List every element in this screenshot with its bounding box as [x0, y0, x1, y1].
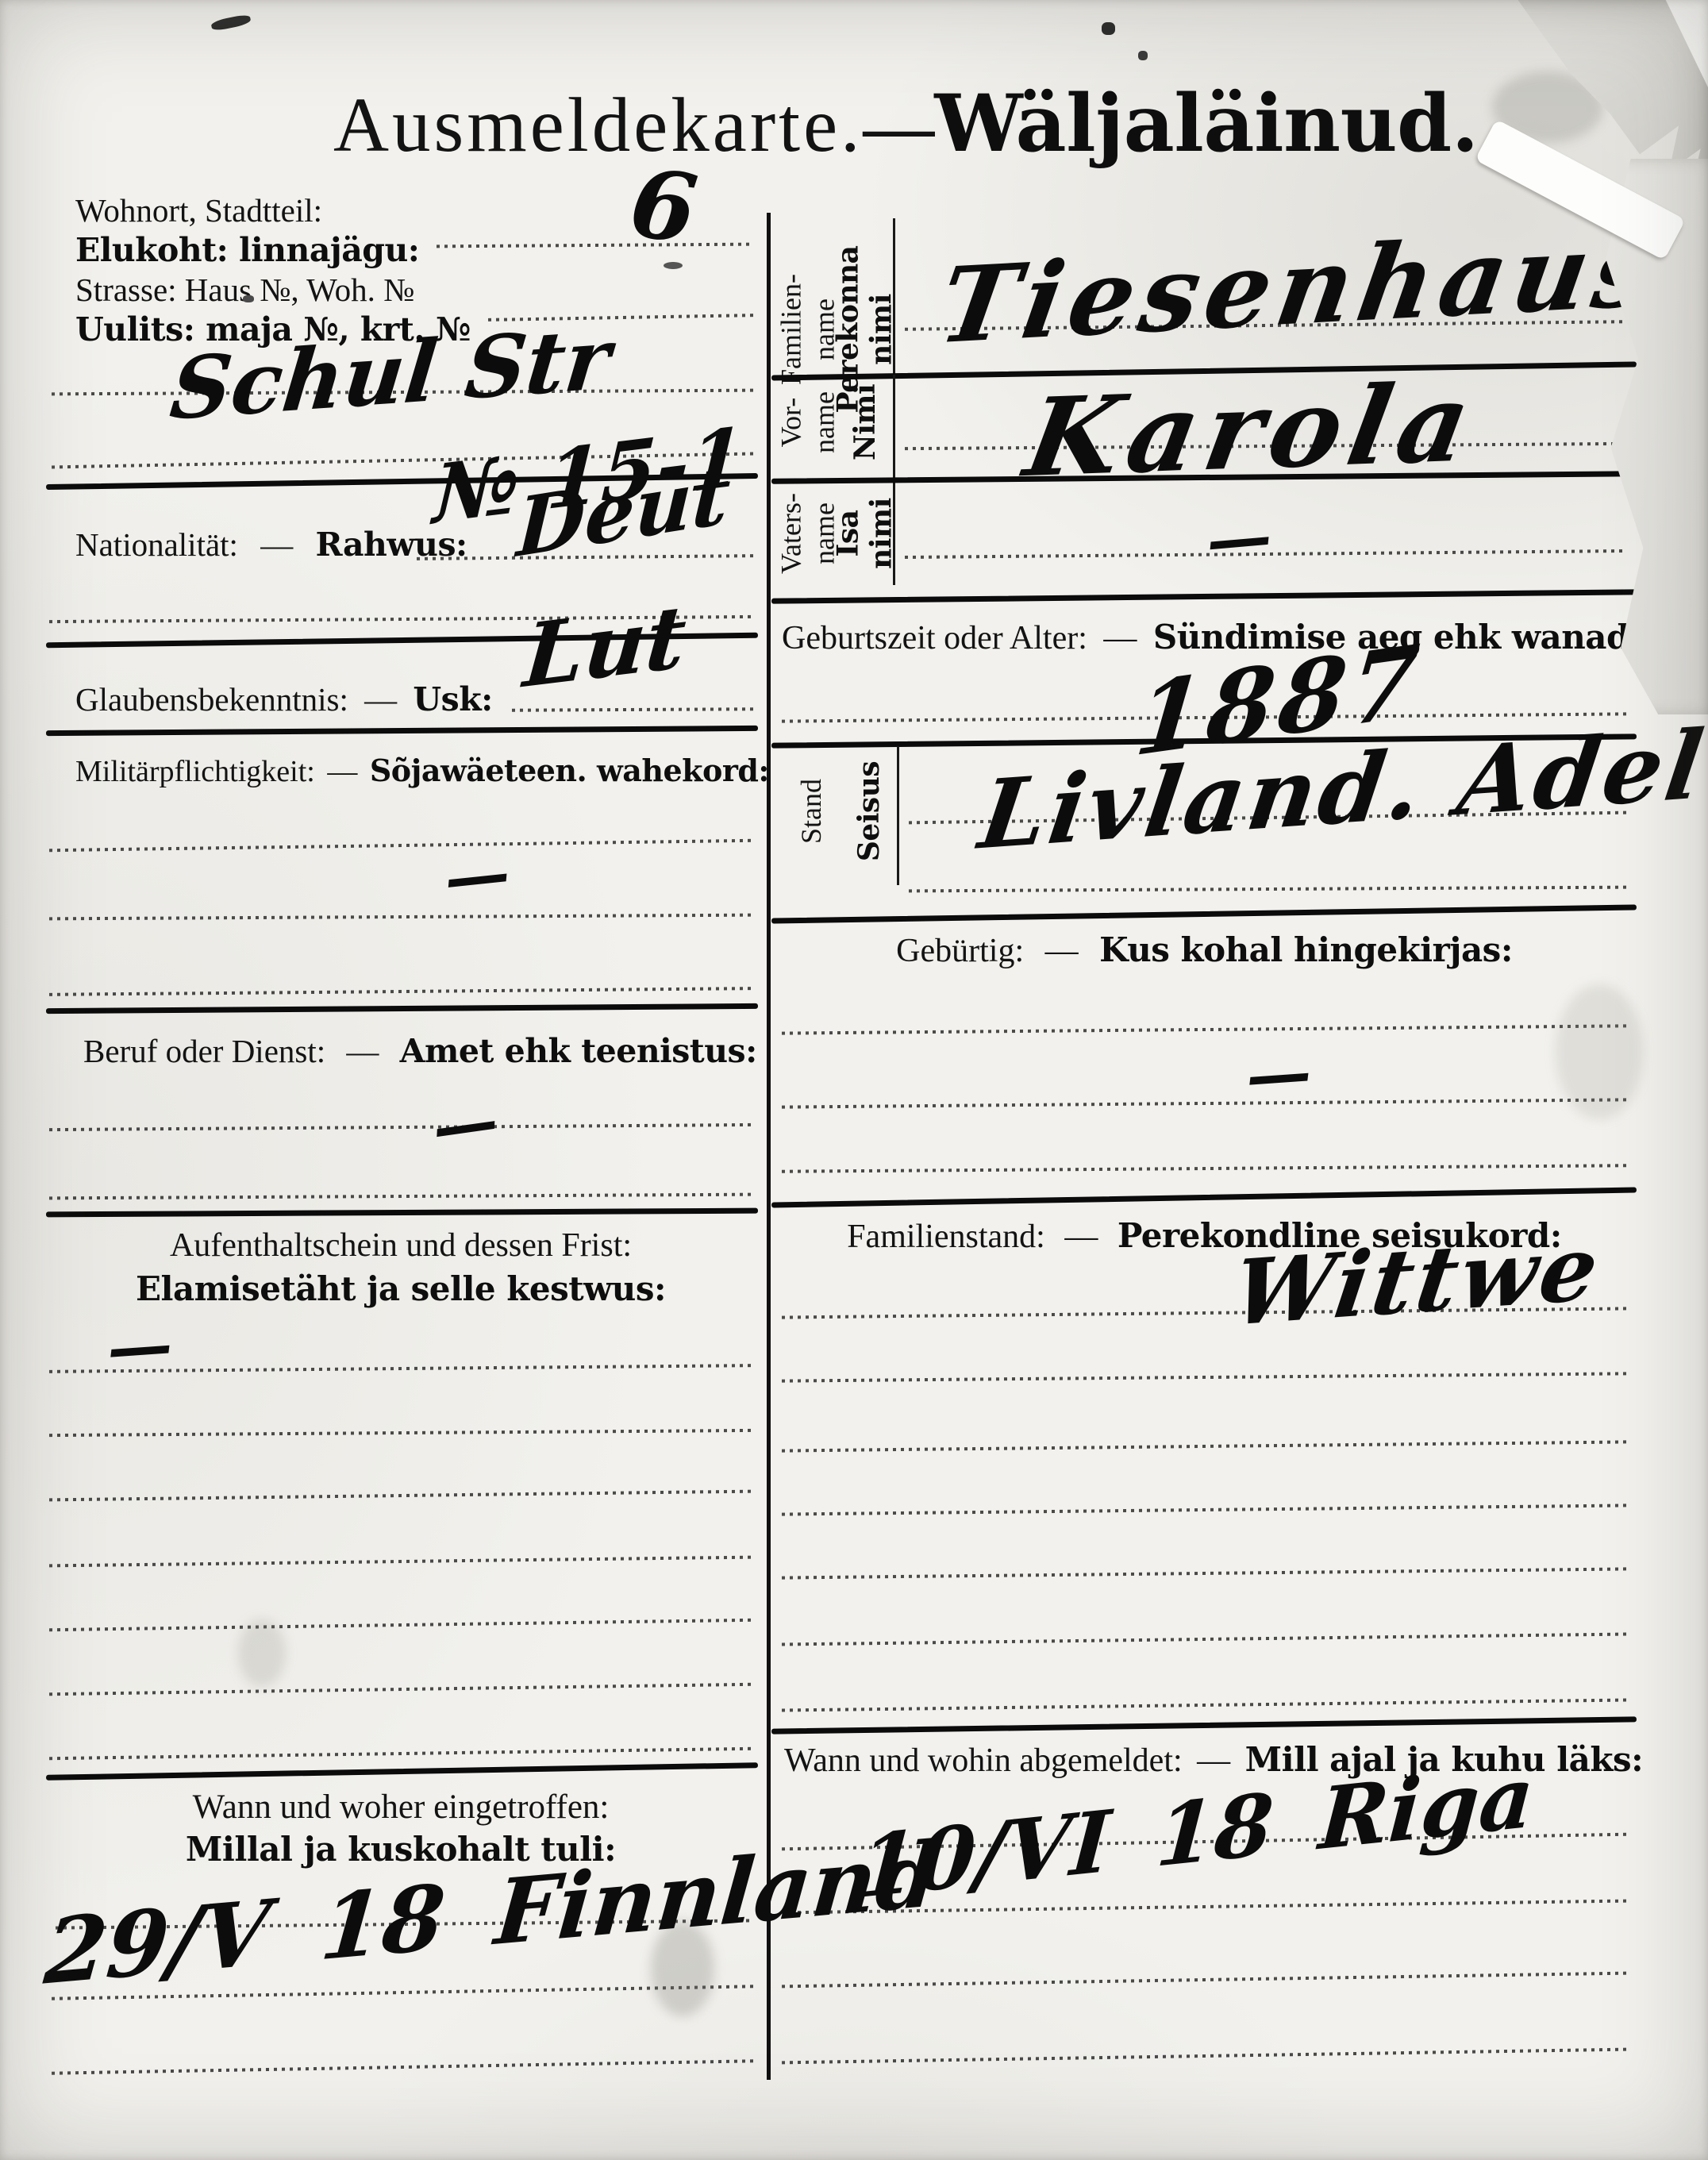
father-name-label-et: Isanimi	[832, 498, 899, 569]
label-dash: —	[333, 1033, 391, 1069]
label-dash: —	[1095, 620, 1144, 656]
label-separator-rule	[893, 486, 895, 585]
birth-label-de: Geburtszeit oder Alter:	[782, 620, 1087, 656]
handwritten-family-name: Tiesenhausen	[932, 198, 1708, 367]
section-rule	[771, 1716, 1637, 1734]
religion-label-row: Glaubensbekenntnis: — Usk:	[75, 680, 493, 718]
residence-permit-label-et: Elamisetäht ja selle kestwus:	[48, 1269, 754, 1308]
marital-label-de: Familienstand:	[847, 1219, 1045, 1255]
nationality-label-row: Nationalität: — Rahwus:	[75, 526, 467, 564]
section-rule	[46, 1208, 758, 1218]
arrival-label-de: Wann und woher eingetroffen:	[48, 1788, 754, 1827]
handwritten-occupation-dash: —	[428, 1082, 503, 1166]
dotted-line	[782, 1632, 1627, 1646]
address-label-elukoht: Elukoht: linnajägu:	[75, 230, 471, 270]
dotted-line	[782, 1698, 1627, 1711]
residence-permit-label-block: Aufenthaltschein und dessen Frist: Elami…	[48, 1226, 754, 1308]
dotted-line	[782, 1098, 1627, 1108]
dotted-line	[49, 1683, 754, 1696]
dotted-line	[782, 2048, 1627, 2065]
section-rule	[771, 589, 1637, 603]
section-rule	[771, 904, 1637, 923]
column-divider-rule	[767, 213, 771, 2080]
first-name-label-et: Nimi	[848, 384, 882, 460]
estate-label-de: Stand	[794, 779, 828, 844]
label-dash: —	[246, 526, 307, 563]
address-label-strasse: Strasse: Haus №, Woh. №	[75, 270, 471, 310]
dotted-line	[49, 1619, 754, 1631]
military-label-de: Militärpflichtigkeit:	[75, 755, 315, 788]
handwritten-district-number: 6	[625, 148, 702, 265]
occupation-label-row: Beruf oder Dienst: — Amet ehk teenistus:	[83, 1032, 757, 1070]
address-label-wohnort: Wohnort, Stadtteil:	[75, 191, 471, 230]
label-separator-rule	[893, 375, 895, 494]
label-dash: —	[356, 681, 405, 718]
origin-label-de: Gebürtig:	[896, 933, 1024, 969]
label-dash: —	[322, 755, 362, 788]
handwritten-permit-dash: —	[105, 1306, 175, 1386]
dotted-line	[49, 839, 754, 852]
label-dash: —	[1053, 1219, 1109, 1255]
dotted-line	[49, 1490, 754, 1502]
label-dash: —	[1033, 933, 1091, 969]
section-rule	[46, 1003, 758, 1014]
scan-speck	[1102, 22, 1115, 35]
estate-label-et: Seisus	[852, 761, 886, 861]
dotted-line	[49, 1556, 754, 1568]
nationality-label-de: Nationalität:	[75, 526, 238, 563]
section-rule	[46, 726, 758, 736]
dotted-line	[49, 1747, 754, 1760]
card-title: Ausmeldekarte. — Wäljaläinud.	[333, 78, 1389, 170]
scanned-registration-card: { "colors": { "paper": "#f2f1ed", "print…	[0, 0, 1708, 2160]
label-separator-rule	[897, 746, 899, 885]
dotted-line	[512, 707, 754, 712]
dotted-line	[782, 1164, 1627, 1172]
card-title-dash: —	[863, 87, 934, 168]
handwritten-military-dash: —	[440, 834, 514, 917]
handwritten-religion: Lut	[520, 586, 690, 707]
first-name-label-de: Vor-name	[775, 391, 842, 453]
military-label-et: Sõjawäeteen. wahekord:	[370, 753, 769, 788]
occupation-label-et: Amet ehk teenistus:	[400, 1032, 757, 1070]
departure-label-de: Wann und wohin abgemeldet:	[784, 1742, 1183, 1779]
handwritten-origin-dash: —	[1244, 1034, 1314, 1114]
religion-label-et: Usk:	[413, 680, 492, 718]
residence-permit-label-de: Aufenthaltschein und dessen Frist:	[48, 1226, 754, 1265]
dotted-line	[782, 1567, 1627, 1579]
dotted-line	[49, 1429, 754, 1437]
dotted-line	[49, 1123, 754, 1131]
dotted-line	[437, 243, 754, 248]
scan-speck	[1138, 51, 1148, 60]
scan-smudge	[1556, 984, 1643, 1119]
handwritten-father-name-dash: —	[1203, 498, 1275, 579]
dotted-line	[49, 914, 754, 921]
dotted-line	[782, 1024, 1627, 1034]
dotted-line	[782, 1972, 1627, 1989]
section-rule	[771, 1187, 1637, 1207]
dotted-line	[782, 1504, 1627, 1515]
origin-label-et: Kus kohal hingekirjas:	[1099, 930, 1513, 969]
occupation-label-de: Beruf oder Dienst:	[83, 1033, 325, 1069]
scan-speck	[243, 295, 254, 302]
dotted-line	[49, 987, 754, 996]
dotted-line	[909, 886, 1627, 893]
handwritten-first-name: Karola	[1017, 359, 1487, 502]
card-title-german: Ausmeldekarte.	[333, 81, 863, 169]
religion-label-de: Glaubensbekenntnis:	[75, 681, 348, 718]
label-dash: —	[1191, 1742, 1237, 1779]
dotted-line	[49, 1193, 754, 1200]
military-label-row: Militärpflichtigkeit: — Sõjawäeteen. wah…	[75, 753, 769, 789]
dotted-line	[782, 1372, 1627, 1382]
scan-speck	[210, 13, 252, 32]
dotted-line	[782, 1440, 1627, 1452]
section-rule	[46, 1762, 758, 1781]
scan-smudge	[238, 1619, 286, 1687]
dotted-line	[52, 2059, 754, 2074]
origin-label-row: Gebürtig: — Kus kohal hingekirjas:	[782, 930, 1627, 970]
card-title-estonian: Wäljaläinud.	[934, 78, 1478, 170]
